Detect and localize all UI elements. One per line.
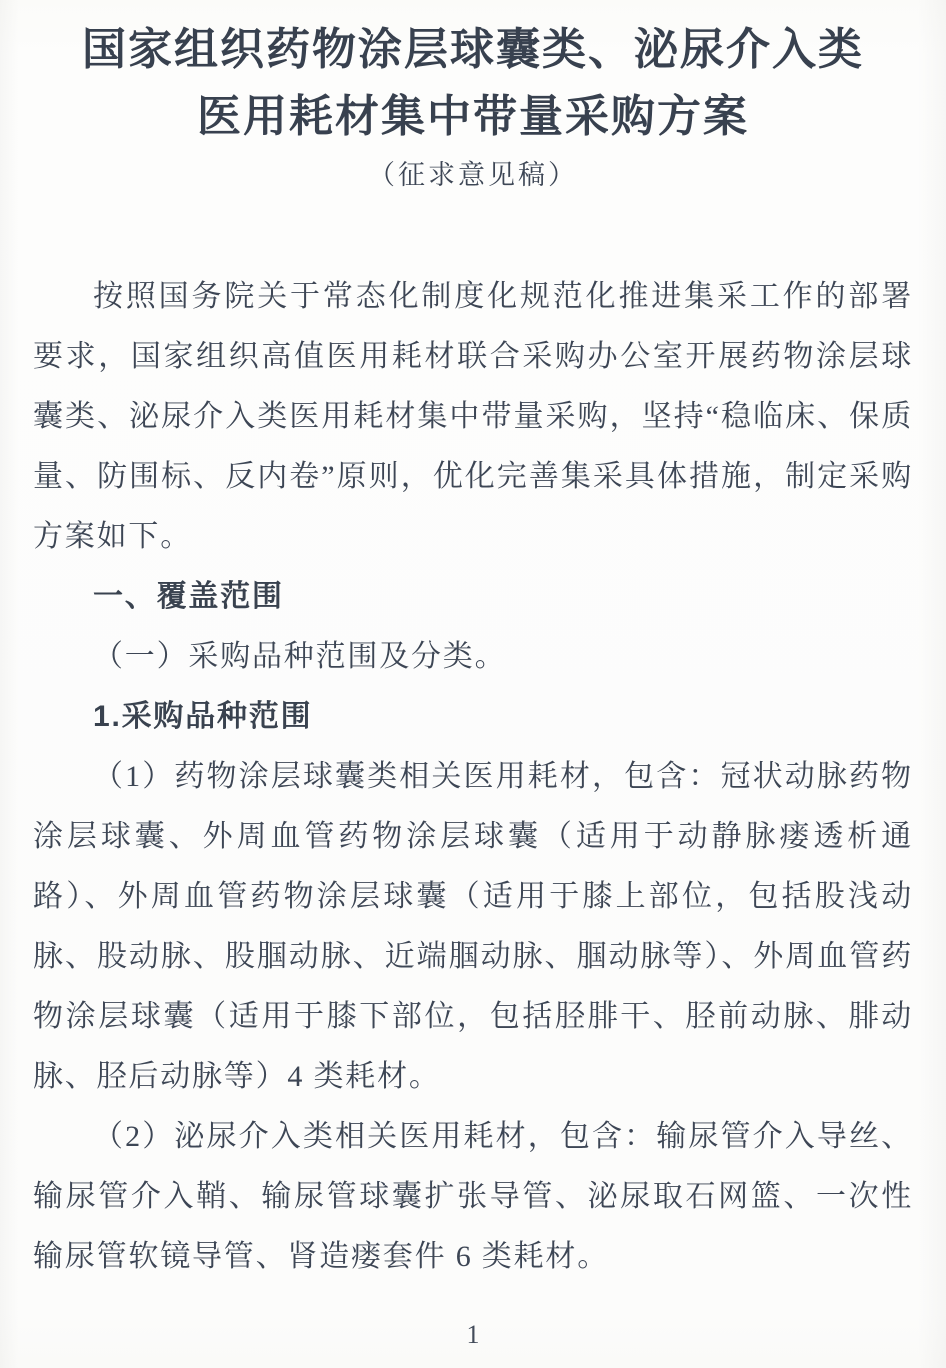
title-line-2: 医用耗材集中带量采购方案: [0, 83, 946, 150]
paragraph-intro: 按照国务院关于常态化制度化规范化推进集采工作的部署要求，国家组织高值医用耗材联合…: [33, 267, 913, 567]
paragraph-urinary-intervention-consumables: （2）泌尿介入类相关医用耗材，包含：输尿管介入导丝、输尿管介入鞘、输尿管球囊扩张…: [33, 1107, 913, 1287]
title-line-1: 国家组织药物涂层球囊类、泌尿介入类: [0, 16, 946, 83]
page-footer: 1: [0, 1318, 946, 1352]
paragraph-drug-coated-balloon-consumables: （1）药物涂层球囊类相关医用耗材，包含：冠状动脉药物涂层球囊、外周血管药物涂层球…: [33, 747, 913, 1107]
document-page: 国家组织药物涂层球囊类、泌尿介入类 医用耗材集中带量采购方案 （征求意见稿） 按…: [0, 0, 946, 1368]
document-body: 按照国务院关于常态化制度化规范化推进集采工作的部署要求，国家组织高值医用耗材联合…: [33, 267, 913, 1287]
page-number: 1: [467, 1320, 480, 1349]
heading-procurement-variety-and-classification: （一）采购品种范围及分类。: [33, 627, 913, 687]
heading-coverage-scope: 一、覆盖范围: [33, 567, 913, 627]
document-title: 国家组织药物涂层球囊类、泌尿介入类 医用耗材集中带量采购方案: [0, 16, 946, 150]
heading-procurement-variety-scope: 1.采购品种范围: [33, 687, 913, 747]
document-subtitle: （征求意见稿）: [0, 153, 946, 197]
